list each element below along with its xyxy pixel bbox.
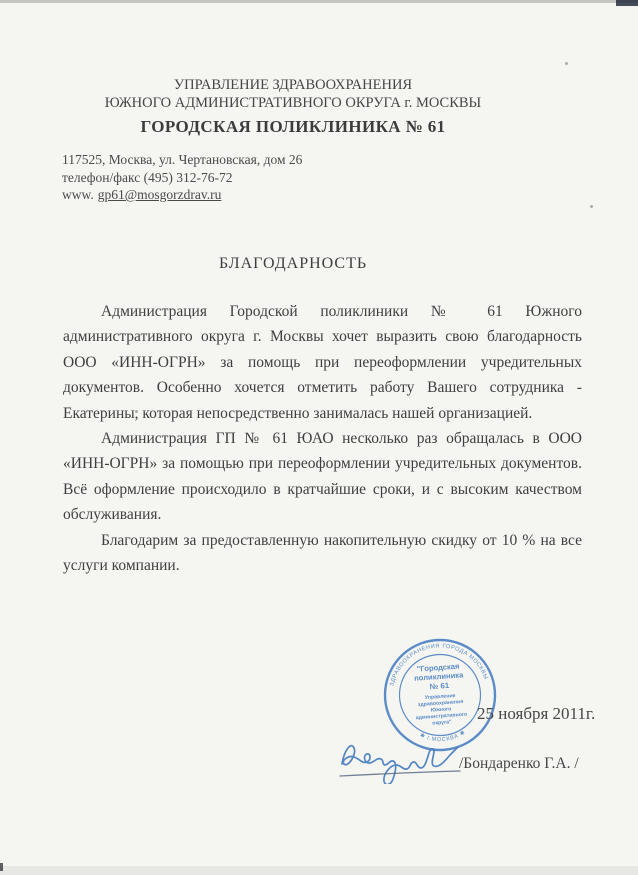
scan-artifact-bottom-edge bbox=[0, 866, 638, 875]
signature-stroke bbox=[342, 746, 458, 784]
postal-address: 117525, Москва, ул. Чертановская, дом 26 bbox=[62, 151, 302, 169]
scan-artifact-bottom-left-corner bbox=[0, 863, 3, 871]
letterhead: УПРАВЛЕНИЕ ЗДРАВООХРАНЕНИЯ ЮЖНОГО АДМИНИ… bbox=[0, 76, 586, 138]
phone-fax: телефон/факс (495) 312-76-72 bbox=[62, 169, 302, 187]
letterhead-organization: ГОРОДСКАЯ ПОЛИКЛИНИКА № 61 bbox=[0, 116, 586, 138]
www-prefix: www. bbox=[62, 187, 94, 202]
email-address: gp61@mosgorzdrav.ru bbox=[98, 187, 222, 202]
paragraph-3: Благодарим за предоставленную накопитель… bbox=[63, 528, 582, 579]
stamp-center-line: № 61 bbox=[429, 681, 450, 691]
letterhead-department: УПРАВЛЕНИЕ ЗДРАВООХРАНЕНИЯ bbox=[0, 76, 586, 94]
document-date: 25 ноября 2011г. bbox=[477, 704, 595, 724]
signature-underline bbox=[340, 771, 460, 776]
document-page: УПРАВЛЕНИЕ ЗДРАВООХРАНЕНИЯ ЮЖНОГО АДМИНИ… bbox=[0, 0, 638, 875]
signatory-name: /Бондаренко Г.А. / bbox=[459, 755, 579, 773]
paragraph-2: Администрация ГП № 61 ЮАО несколько раз … bbox=[63, 426, 582, 528]
scan-artifact-top-edge bbox=[0, 0, 638, 3]
scan-artifact-top-right-corner bbox=[616, 0, 638, 6]
letter-body: Администрация Городской поликлиники № 61… bbox=[63, 299, 582, 578]
scan-speck bbox=[565, 62, 568, 65]
contact-block: 117525, Москва, ул. Чертановская, дом 26… bbox=[62, 151, 302, 204]
document-title: БЛАГОДАРНОСТЬ bbox=[0, 255, 586, 273]
email-line: www.gp61@mosgorzdrav.ru bbox=[62, 186, 302, 204]
paragraph-1: Администрация Городской поликлиники № 61… bbox=[63, 299, 582, 426]
letterhead-district: ЮЖНОГО АДМИНИСТРАТИВНОГО ОКРУГА г. МОСКВ… bbox=[0, 94, 586, 112]
scan-speck bbox=[590, 205, 593, 208]
